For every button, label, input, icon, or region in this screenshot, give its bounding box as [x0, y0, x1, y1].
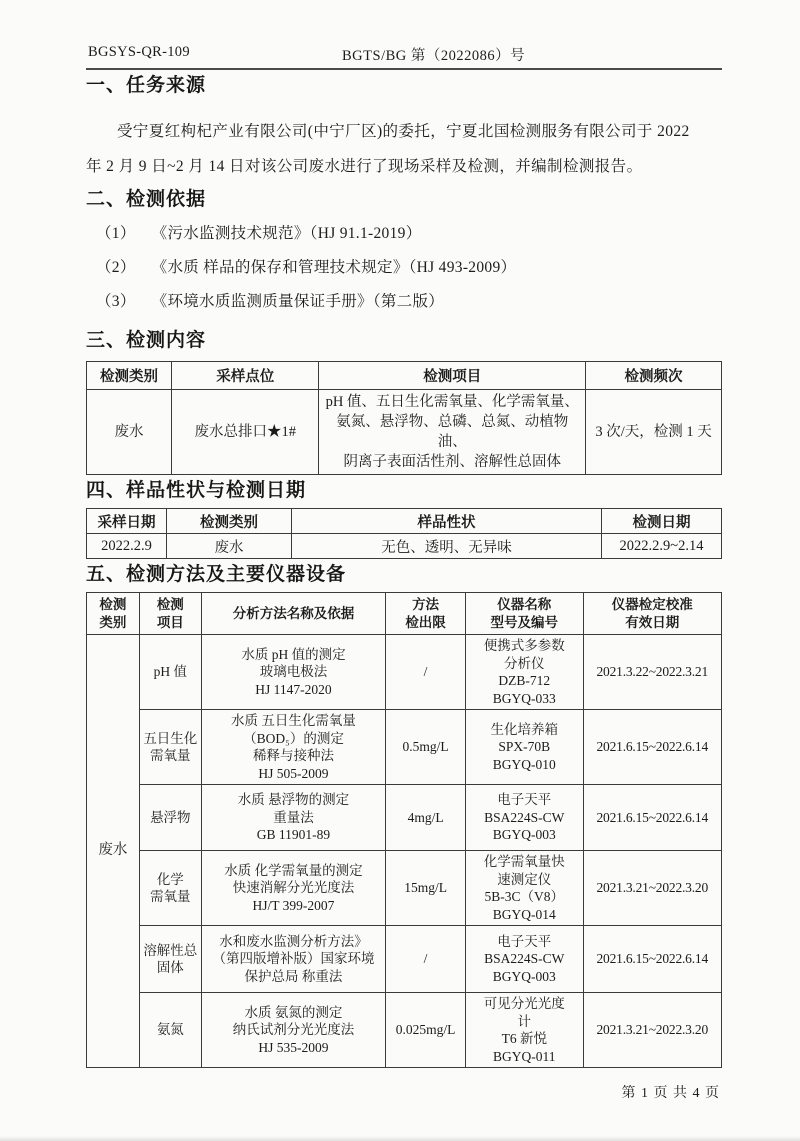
list-item-text: 《污水监测技术规范》（HJ 91.1-2019）: [152, 223, 422, 245]
sampling-point-cell: 废水总排口★1#: [172, 390, 319, 475]
method-cell: 水质 氨氮的测定 纳氏试剂分光光度法 HJ 535-2009: [201, 993, 385, 1068]
category-cell: 废水: [87, 635, 140, 1068]
method-cell: 水质 五日生化需氧量 （BOD₅）的测定 稀释与接种法 HJ 505-2009: [201, 710, 385, 785]
category-cell: 废水: [167, 534, 292, 559]
header-cell-test-date: 检测日期: [601, 509, 721, 534]
instrument-cell: 电子天平 BSA224S-CW BGYQ-003: [466, 926, 583, 993]
task-source-paragraph: 受宁夏红枸杞产业有限公司(中宁厂区)的委托，宁夏北国检测服务有限公司于 2022…: [86, 114, 722, 184]
method-cell: 水质 pH 值的测定 玻璃电极法 HJ 1147-2020: [201, 635, 385, 710]
instrument-cell: 电子天平 BSA224S-CW BGYQ-003: [466, 785, 583, 851]
instrument-cell: 可见分光光度 计 T6 新悦 BGYQ-011: [466, 993, 583, 1068]
list-item-number: （3）: [96, 291, 136, 313]
header-cell-sampling-point: 采样点位: [172, 362, 319, 390]
section1-title: 一、任务来源: [86, 70, 722, 97]
valid-date-cell: 2021.6.15~2022.6.14: [583, 926, 721, 993]
valid-date-cell: 2021.3.21~2022.3.20: [583, 851, 721, 926]
method-cell: 水质 悬浮物的测定 重量法 GB 11901-89: [201, 785, 385, 851]
item-cell: 五日生化 需氧量: [139, 710, 201, 785]
table-row: 氨氮 水质 氨氮的测定 纳氏试剂分光光度法 HJ 535-2009 0.025m…: [87, 993, 722, 1068]
table-header-row: 检测类别 采样点位 检测项目 检测频次: [87, 362, 722, 390]
header-cell-detection-limit: 方法 检出限: [386, 593, 466, 635]
method-cell: 水和废水监测分析方法》 （第四版增补版）国家环境 保护总局 称重法: [201, 926, 385, 993]
table-row: 2022.2.9 废水 无色、透明、无异味 2022.2.9~2.14: [87, 534, 722, 559]
valid-date-cell: 2021.3.22~2022.3.21: [583, 635, 721, 710]
header-cell-item: 检测 项目: [139, 593, 201, 635]
table-row: 化学 需氧量 水质 化学需氧量的测定 快速消解分光光度法 HJ/T 399-20…: [87, 851, 722, 926]
list-item-number: （2）: [96, 257, 136, 279]
page-number: 第 1 页 共 4 页: [86, 1082, 722, 1102]
detection-limit-cell: /: [386, 635, 466, 710]
header-cell-category: 检测类别: [167, 509, 292, 534]
test-content-table: 检测类别 采样点位 检测项目 检测频次 废水 废水总排口★1# pH 值、五日生…: [86, 361, 722, 475]
detection-limit-cell: 15mg/L: [386, 851, 466, 926]
header-cell-category: 检测 类别: [87, 593, 140, 635]
item-cell: pH 值: [139, 635, 201, 710]
item-cell: 化学 需氧量: [139, 851, 201, 926]
instrument-cell: 生化培养箱 SPX-70B BGYQ-010: [466, 710, 583, 785]
header-cell-character: 样品性状: [292, 509, 602, 534]
instrument-cell: 化学需氧量快 速测定仪 5B-3C（V8） BGYQ-014: [466, 851, 583, 926]
item-cell: 悬浮物: [139, 785, 201, 851]
header-cell-instrument: 仪器名称 型号及编号: [466, 593, 583, 635]
item-cell: 溶解性总 固体: [139, 926, 201, 993]
valid-date-cell: 2021.6.15~2022.6.14: [583, 710, 721, 785]
header-cell-method: 分析方法名称及依据: [201, 593, 385, 635]
list-item-number: （1）: [96, 223, 136, 245]
header-cell-items: 检测项目: [319, 362, 586, 390]
character-cell: 无色、透明、无异味: [292, 534, 602, 559]
table-header-row: 检测 类别 检测 项目 分析方法名称及依据 方法 检出限 仪器名称 型号及编号 …: [87, 593, 722, 635]
section2-title: 二、检测依据: [86, 184, 722, 211]
table-row: 废水 pH 值 水质 pH 值的测定 玻璃电极法 HJ 1147-2020 / …: [87, 635, 722, 710]
section4-title: 四、样品性状与检测日期: [86, 475, 722, 502]
detection-limit-cell: /: [386, 926, 466, 993]
table-row: 溶解性总 固体 水和废水监测分析方法》 （第四版增补版）国家环境 保护总局 称重…: [87, 926, 722, 993]
test-date-cell: 2022.2.9~2.14: [601, 534, 721, 559]
method-cell: 水质 化学需氧量的测定 快速消解分光光度法 HJ/T 399-2007: [201, 851, 385, 926]
frequency-cell: 3 次/天，检测 1 天: [586, 390, 722, 475]
table-header-row: 采样日期 检测类别 样品性状 检测日期: [87, 509, 722, 534]
section3-title: 三、检测内容: [86, 325, 722, 352]
header-cell-valid-date: 仪器检定校准 有效日期: [583, 593, 721, 635]
valid-date-cell: 2021.6.15~2022.6.14: [583, 785, 721, 851]
list-item-text: 《水质 样品的保存和管理技术规定》（HJ 493-2009）: [152, 257, 517, 279]
list-item-text: 《环境水质监测质量保证手册》（第二版）: [152, 291, 444, 313]
list-item: （3） 《环境水质监测质量保证手册》（第二版）: [96, 291, 722, 313]
detection-limit-cell: 0.5mg/L: [386, 710, 466, 785]
sample-character-table: 采样日期 检测类别 样品性状 检测日期 2022.2.9 废水 无色、透明、无异…: [86, 508, 722, 559]
methods-instruments-table: 检测 类别 检测 项目 分析方法名称及依据 方法 检出限 仪器名称 型号及编号 …: [86, 592, 722, 1068]
list-item: （2） 《水质 样品的保存和管理技术规定》（HJ 493-2009）: [96, 257, 722, 279]
table-row: 废水 废水总排口★1# pH 值、五日生化需氧量、化学需氧量、 氨氮、悬浮物、总…: [87, 390, 722, 475]
test-items-cell: pH 值、五日生化需氧量、化学需氧量、 氨氮、悬浮物、总磷、总氮、动植物油、 阴…: [319, 390, 586, 475]
valid-date-cell: 2021.3.21~2022.3.20: [583, 993, 721, 1068]
form-code: BGSYS-QR-109: [88, 44, 190, 61]
item-cell: 氨氮: [139, 993, 201, 1068]
detection-limit-cell: 4mg/L: [386, 785, 466, 851]
basis-list: （1） 《污水监测技术规范》（HJ 91.1-2019） （2） 《水质 样品的…: [86, 223, 722, 313]
document-header: BGSYS-QR-109 BGTS/BG 第（2022086）号: [86, 44, 722, 70]
table-row: 五日生化 需氧量 水质 五日生化需氧量 （BOD₅）的测定 稀释与接种法 HJ …: [87, 710, 722, 785]
report-page: BGSYS-QR-109 BGTS/BG 第（2022086）号 一、任务来源 …: [0, 0, 800, 1141]
detection-limit-cell: 0.025mg/L: [386, 993, 466, 1068]
instrument-cell: 便携式多参数 分析仪 DZB-712 BGYQ-033: [466, 635, 583, 710]
section5-title: 五、检测方法及主要仪器设备: [86, 559, 722, 586]
header-cell-sampling-date: 采样日期: [87, 509, 167, 534]
category-cell: 废水: [87, 390, 172, 475]
header-cell-category: 检测类别: [87, 362, 172, 390]
table-row: 悬浮物 水质 悬浮物的测定 重量法 GB 11901-89 4mg/L 电子天平…: [87, 785, 722, 851]
header-cell-frequency: 检测频次: [586, 362, 722, 390]
report-number: BGTS/BG 第（2022086）号: [342, 44, 525, 65]
list-item: （1） 《污水监测技术规范》（HJ 91.1-2019）: [96, 223, 722, 245]
sampling-date-cell: 2022.2.9: [87, 534, 167, 559]
